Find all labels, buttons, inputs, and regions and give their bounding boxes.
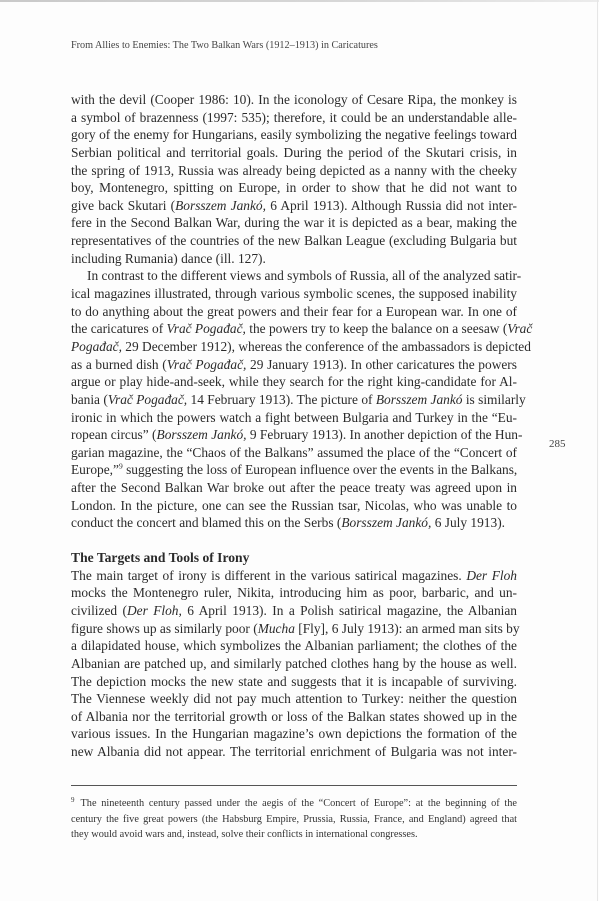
text-line: The Viennese weekly did not pay much att…	[71, 690, 517, 708]
text-line: with the devil (Cooper 1986: 10). In the…	[71, 91, 517, 109]
text-line: including Rumania) dance (ill. 127).	[71, 250, 517, 268]
text-line: after the Second Balkan War broke out af…	[71, 479, 517, 497]
text-line: mocks the Montenegro ruler, Nikita, intr…	[71, 584, 517, 602]
footnote-divider	[71, 785, 517, 786]
text-line: the spring of 1913, Russia was already b…	[71, 162, 517, 180]
body-text: with the devil (Cooper 1986: 10). In the…	[71, 91, 517, 761]
footnote-line: century the five great powers (the Habsb…	[71, 812, 517, 828]
publication-title: Borsszem Jankó,	[175, 198, 266, 213]
publication-title: Borsszem Jankó	[376, 392, 463, 407]
footnote-marker: 9	[71, 796, 75, 804]
text-line: The main target of irony is different in…	[71, 567, 517, 585]
text-line: conduct the concert and blamed this on t…	[71, 514, 517, 532]
page-number: 285	[549, 438, 566, 450]
text-line: garian magazine, the “Chaos of the Balka…	[71, 444, 517, 462]
text-line: gory of the enemy for Hungarians, easily…	[71, 126, 517, 144]
publication-title: Borsszem Jankó,	[341, 515, 431, 530]
publication-title: Vrač Pogađač,	[167, 321, 246, 336]
text-line: Pogađač, 29 December 1912), whereas the …	[71, 338, 517, 356]
footnote-line: they would avoid wars and, instead, solv…	[71, 827, 517, 843]
text-line: argue or play hide-and-seek, while they …	[71, 373, 517, 391]
text-line: ical magazines illustrated, through vari…	[71, 285, 517, 303]
text-line: ropean circus” (Borsszem Jankó, 9 Februa…	[71, 426, 517, 444]
footnote-line: 9The nineteenth century passed under the…	[71, 796, 517, 812]
publication-title: Der Floh	[466, 568, 517, 583]
text-line: figure shows up as similarly poor (Mucha…	[71, 620, 517, 638]
text-line: In contrast to the different views and s…	[71, 267, 517, 285]
text-line: to do anything about the great powers an…	[71, 303, 517, 321]
text-line: give back Skutari (Borsszem Jankó, 6 Apr…	[71, 197, 517, 215]
running-head: From Allies to Enemies: The Two Balkan W…	[71, 40, 378, 51]
paragraph-2: In contrast to the different views and s…	[71, 267, 517, 532]
text-line: ironic in which the powers watch a fight…	[71, 409, 517, 427]
text-line: London. In the picture, one can see the …	[71, 497, 517, 515]
publication-title: Pogađač,	[71, 339, 122, 354]
text-line: The depiction mocks the new state and su…	[71, 673, 517, 691]
text-line: of Albania nor the territorial growth or…	[71, 708, 517, 726]
publication-title: Vrač Pogađač,	[167, 357, 247, 372]
section-heading: The Targets and Tools of Irony	[71, 549, 517, 567]
text-line: representatives of the countries of the …	[71, 232, 517, 250]
text-line: as a burned dish (Vrač Pogađač, 29 Janua…	[71, 356, 517, 374]
text-line: a dilapidated house, which symbolizes th…	[71, 637, 517, 655]
publication-title: Vrač	[507, 321, 532, 336]
text-line: various issues. In the Hungarian magazin…	[71, 725, 517, 743]
text-line: new Albania did not appear. The territor…	[71, 743, 517, 761]
text-line: Serbian political and territorial goals.…	[71, 144, 517, 162]
text-line: bania (Vrač Pogađač, 14 February 1913). …	[71, 391, 517, 409]
publication-title: Mucha	[258, 621, 295, 636]
page-top-edge	[0, 0, 599, 2]
text-line: Europe,”9 suggesting the loss of Europea…	[71, 461, 517, 479]
paragraph-1: with the devil (Cooper 1986: 10). In the…	[71, 91, 517, 267]
publication-title: Der Floh,	[127, 603, 182, 618]
text-line: a symbol of brazenness (1997: 535); ther…	[71, 109, 517, 127]
text-line: civilized (Der Floh, 6 April 1913). In a…	[71, 602, 517, 620]
text-line: the caricatures of Vrač Pogađač, the pow…	[71, 320, 517, 338]
text-line: Albanian are patched up, and similarly p…	[71, 655, 517, 673]
publication-title: Vrač Pogađač,	[108, 392, 187, 407]
footnote-9: 9The nineteenth century passed under the…	[71, 796, 517, 843]
paragraph-3: The main target of irony is different in…	[71, 567, 517, 761]
page-right-edge	[597, 0, 598, 901]
publication-title: Borsszem Jankó,	[157, 427, 247, 442]
text-line: boy, Montenegro, spitting on Europe, in …	[71, 179, 517, 197]
text-line: fere in the Second Balkan War, during th…	[71, 214, 517, 232]
